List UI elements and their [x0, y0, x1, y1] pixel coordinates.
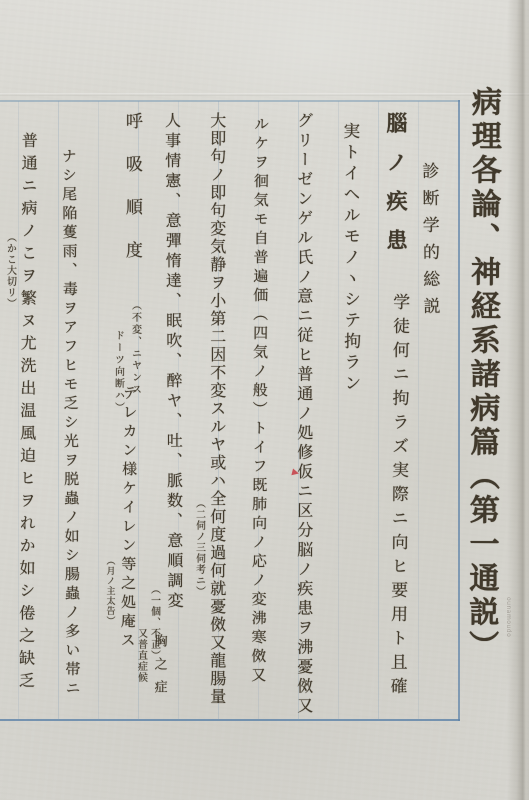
column-rule	[98, 101, 99, 720]
text-column-8: テレカン様ケイレン等之処庵ス	[119, 385, 137, 651]
frame-right-rule	[458, 100, 460, 721]
text-column-3: グリーゼンゲル氏ノ意ニ従ヒ普通ノ処修仮ニ区分脳ノ疾患ヲ沸憂傚又	[295, 112, 312, 717]
column-rule	[58, 101, 59, 720]
text-column-7-note-a: （不変、ニヤンス	[129, 300, 140, 396]
text-column-11: ナシ尾陥蒦雨、毒ヲアフヒモ乏シ光ヲ脱蟲ノ如シ腸蟲ノ多い帯ニ	[60, 148, 80, 699]
text-column-8-note: （月ノ主太告）	[104, 556, 113, 626]
pencil-edge-annotation: ounamoudo	[505, 597, 512, 637]
text-column-7: 呼吸順度	[122, 112, 140, 284]
text-column-1: 学徒何ニ拘ラズ実際ニ向ヒ要用ト且確	[387, 293, 408, 701]
manuscript-page: 病理各論、神経系諸病篇（第一通説） 診断学的総説 腦ノ疾患 学徒何ニ拘ラズ実際ニ…	[0, 0, 529, 800]
text-column-12: 普通ニ病ノこヲ繁ヌ尤洗出温風迫ヒヲれか如シ倦之缺乏	[17, 132, 37, 695]
text-column-4: ルケヲ徊気モ自普遍価（四気ノ般）トイフ既肺向ノ応ノ変沸寒傚又	[250, 116, 269, 686]
text-column-12-note: （かこ大切リ）	[4, 232, 15, 309]
text-column-2: 実トイヘルモノヽシテ拘ラン	[339, 122, 358, 395]
column-rule	[378, 101, 379, 720]
text-column-10: 胸之症	[152, 634, 166, 703]
section-heading-brain-diseases: 腦ノ疾患	[385, 112, 407, 268]
manuscript-title: 病理各論、神経系諸病篇（第一通説）	[464, 86, 499, 664]
frame-bottom-rule	[0, 719, 460, 721]
text-column-6: 人事情憲、意彈惰達、眠吹、醉ヤ、吐、脈数、意順調変	[163, 112, 182, 612]
manuscript-subtitle: 診断学的総説	[418, 162, 437, 324]
frame-top-rule	[0, 100, 460, 102]
text-column-5-note: （二伺ノ三伺考ニ）	[193, 498, 204, 597]
text-column-5: 大即句ノ即句変気静ヲ小第二因不変スルヤ或ハ全何度過何就憂傚又龍腸量	[208, 112, 225, 706]
text-column-9-note: 又普直症候	[135, 628, 146, 683]
